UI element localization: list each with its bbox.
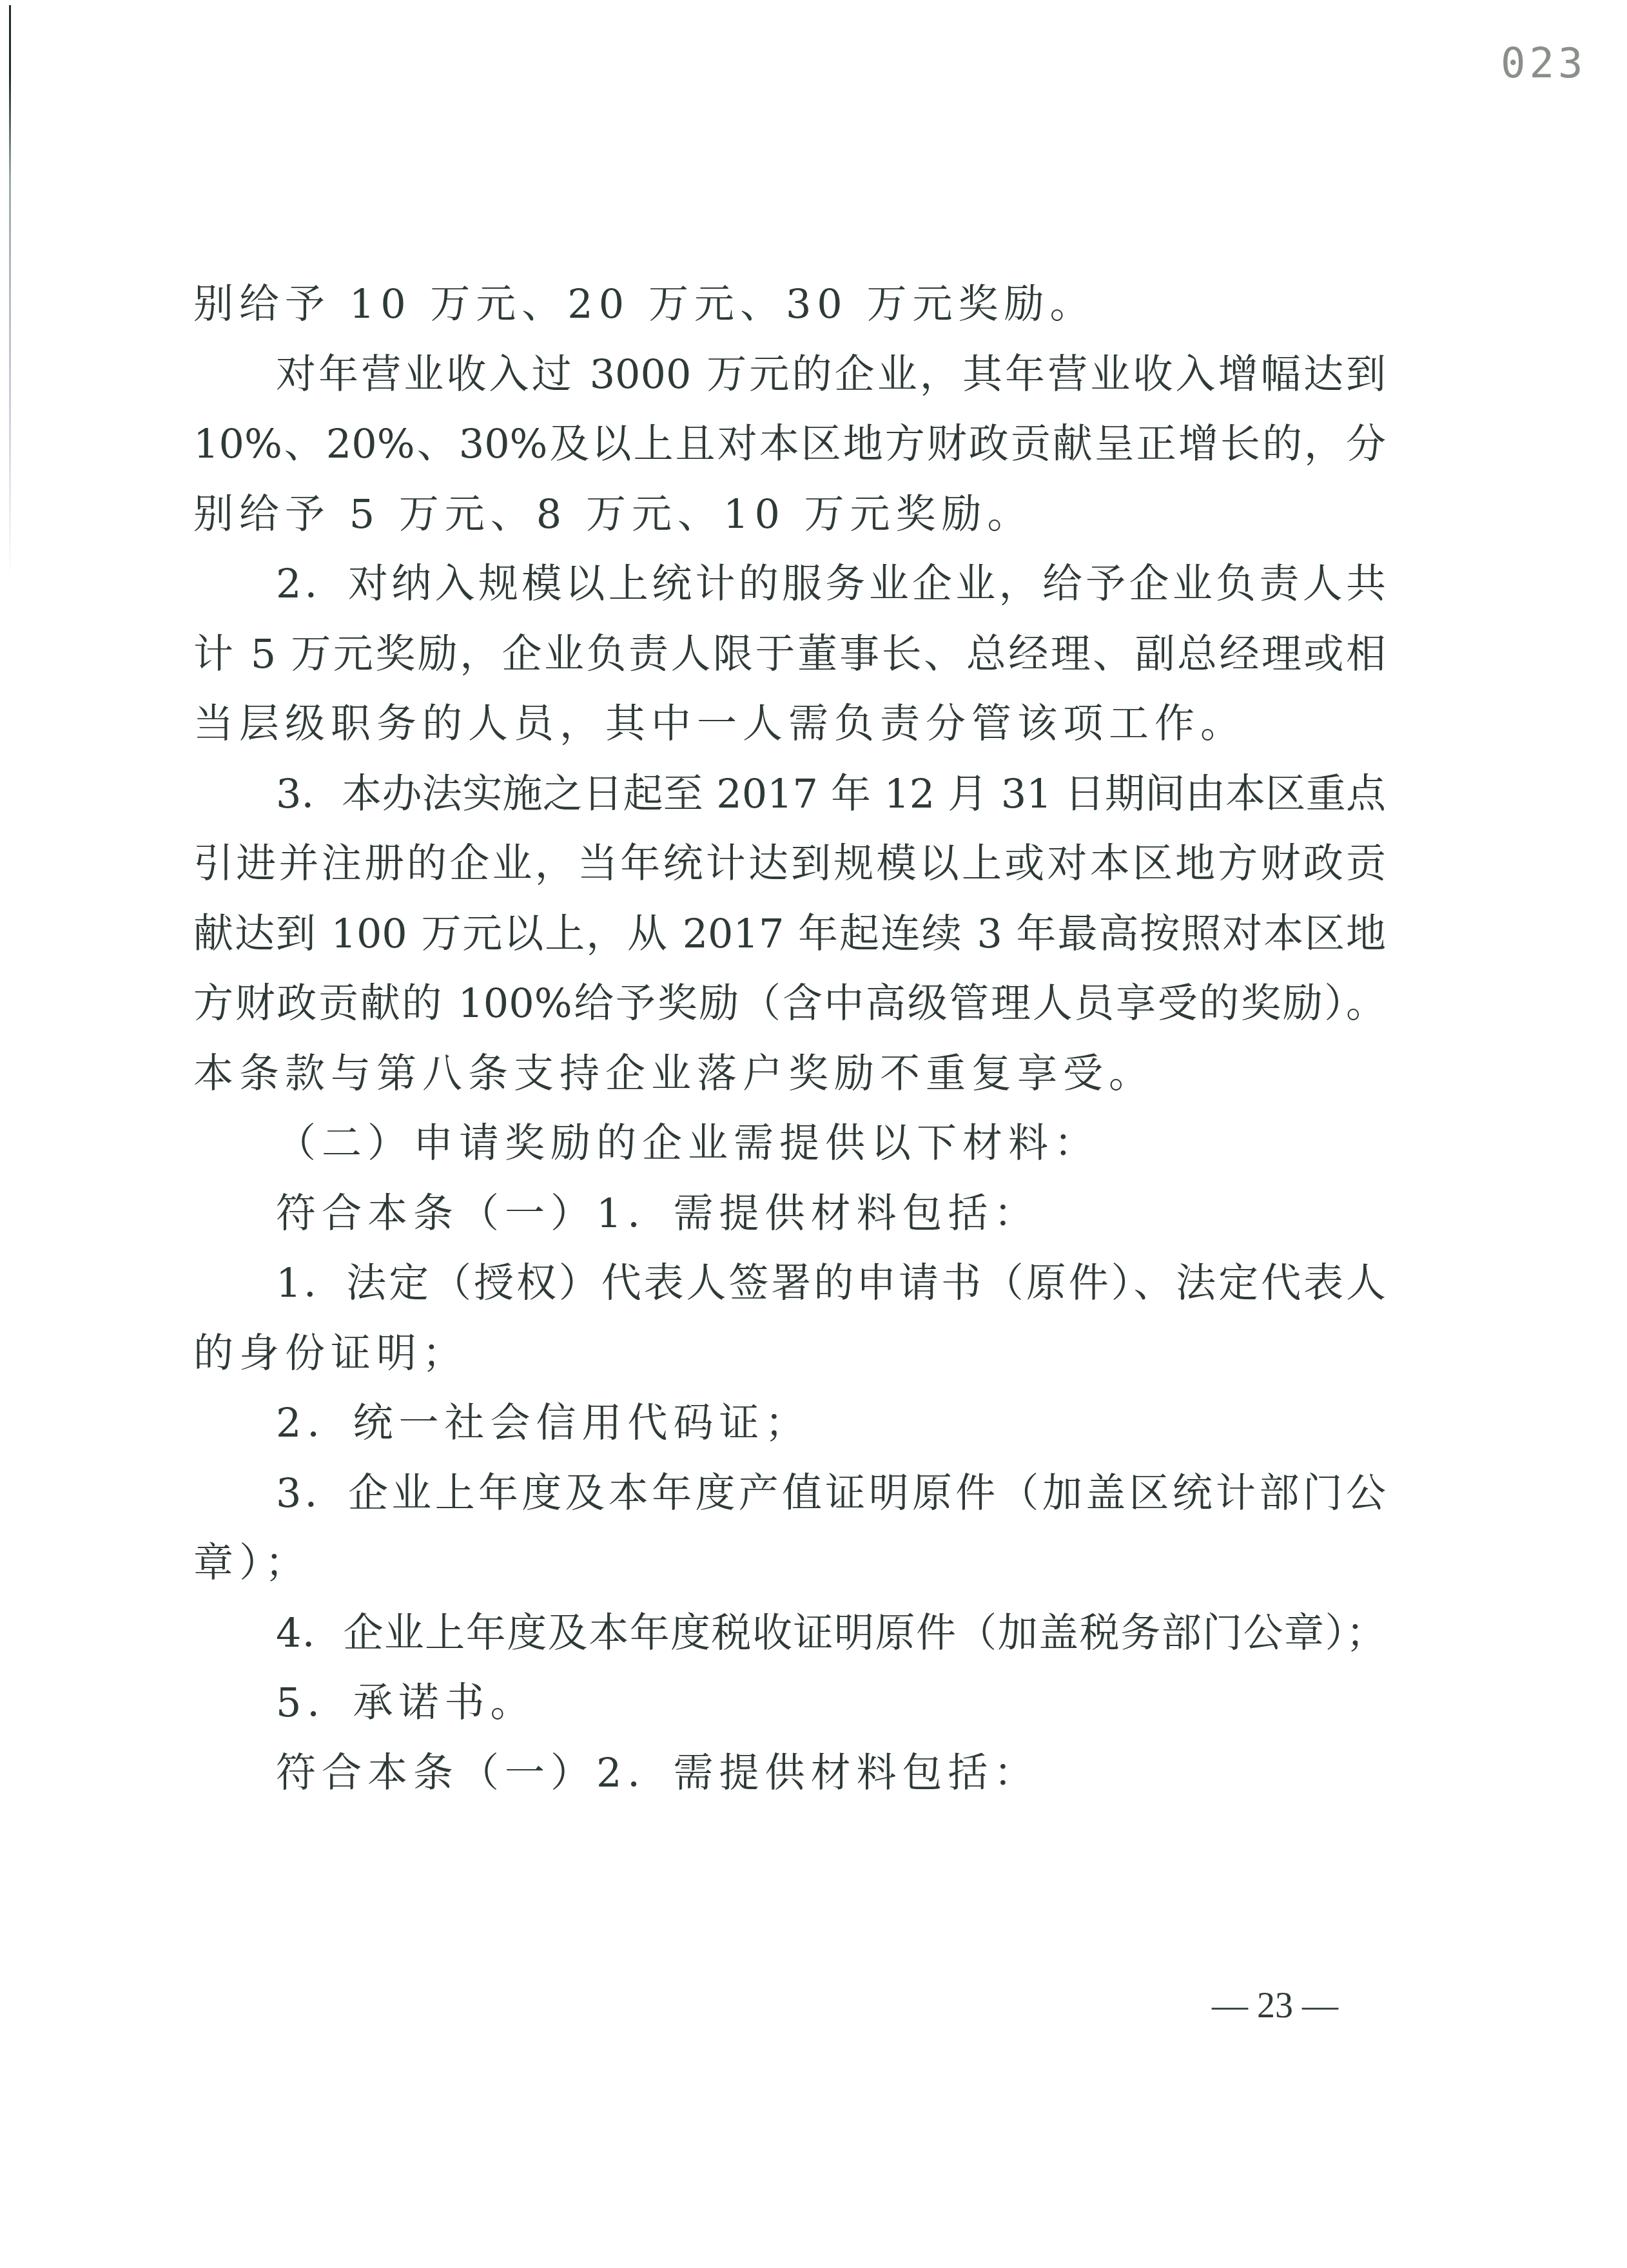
text-line: 符合本条（一）2．需提供材料包括： <box>193 1738 1386 1808</box>
text-line: 3．本办法实施之日起至 2017 年 12 月 31 日期间由本区重点 <box>193 759 1386 829</box>
list-item: 1．法定（授权）代表人签署的申请书（原件）、法定代表人 <box>193 1248 1386 1319</box>
text-line: 的身份证明； <box>193 1319 1386 1389</box>
text-line: 别给予 5 万元、8 万元、10 万元奖励。 <box>193 480 1386 550</box>
text-line: 章）； <box>193 1528 1386 1598</box>
text-line: 引进并注册的企业，当年统计达到规模以上或对本区地方财政贡 <box>193 829 1386 899</box>
list-item: 3．企业上年度及本年度产值证明原件（加盖区统计部门公 <box>193 1459 1386 1529</box>
text-line: 本条款与第八条支持企业落户奖励不重复享受。 <box>193 1039 1386 1109</box>
archive-stamp: 023 <box>1501 40 1587 88</box>
text-line: 当层级职务的人员，其中一人需负责分管该项工作。 <box>193 689 1386 759</box>
text-line: 2．对纳入规模以上统计的服务业企业，给予企业负责人共 <box>193 549 1386 619</box>
list-item: 4．企业上年度及本年度税收证明原件（加盖税务部门公章）； <box>193 1598 1386 1669</box>
text-line: 对年营业收入过 3000 万元的企业，其年营业收入增幅达到 <box>193 340 1386 410</box>
section-heading: （二）申请奖励的企业需提供以下材料： <box>193 1109 1386 1179</box>
text-line: 计 5 万元奖励，企业负责人限于董事长、总经理、副总经理或相 <box>193 619 1386 690</box>
scan-binding-edge <box>9 5 11 579</box>
text-line: 别给予 10 万元、20 万元、30 万元奖励。 <box>193 269 1386 340</box>
list-item: 5．承诺书。 <box>193 1668 1386 1738</box>
text-line: 符合本条（一）1．需提供材料包括： <box>193 1179 1386 1249</box>
page-number: — 23 — <box>1212 1985 1338 2026</box>
text-line: 方财政贡献的 100%给予奖励（含中高级管理人员享受的奖励）。 <box>193 969 1386 1039</box>
document-body: 别给予 10 万元、20 万元、30 万元奖励。 对年营业收入过 3000 万元… <box>193 269 1386 1808</box>
text-line: 献达到 100 万元以上，从 2017 年起连续 3 年最高按照对本区地 <box>193 899 1386 969</box>
text-line: 10%、20%、30%及以上且对本区地方财政贡献呈正增长的，分 <box>193 409 1386 480</box>
list-item: 2．统一社会信用代码证； <box>193 1388 1386 1459</box>
